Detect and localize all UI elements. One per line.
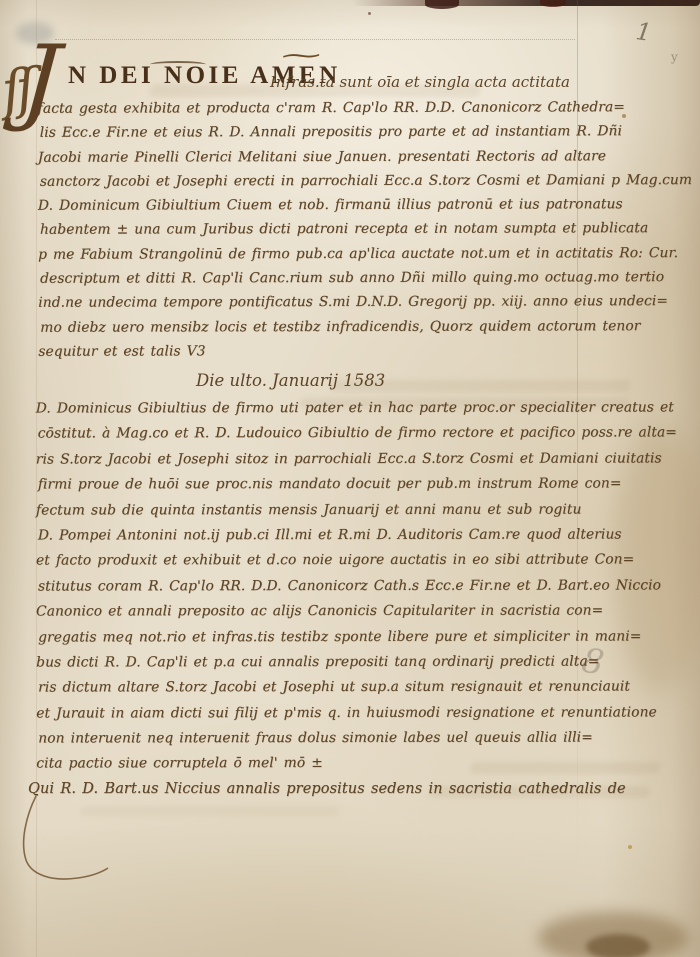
paragraph-2: D. Dominicus Gibiultius de firmo uti pat… <box>36 400 599 782</box>
manuscript-line: stitutus coram R. Cap'lo RR. D.D. Canoni… <box>38 577 598 603</box>
pen-flourish <box>22 794 142 889</box>
ink-fleck <box>368 12 371 15</box>
manuscript-line: et facto produxit et exhibuit et d.co no… <box>36 552 598 578</box>
manuscript-line: fectum sub die quinta instantis mensis J… <box>36 501 598 527</box>
manuscript-line: ris dictum altare S.torz Jacobi et Josep… <box>38 679 598 705</box>
manuscript-line: sequitur et est talis V3 <box>38 342 598 368</box>
ink-fleck <box>628 845 632 849</box>
manuscript-line: habentem ± una cum Juribus dicti patroni… <box>40 221 598 247</box>
date-line: Die ulto. Januarij 1583 <box>196 371 385 390</box>
manuscript-line: sanctorz Jacobi et Josephi erecti in par… <box>40 172 598 198</box>
manuscript-line: Canonico et annali preposito ac alijs Ca… <box>36 603 598 629</box>
manuscript-line: mo diebz uero mensibz locis et testibz i… <box>40 318 598 344</box>
manuscript-line: non interuenit neq interuenit fraus dolu… <box>38 730 598 756</box>
manuscript-page: 1 y 8 ſſ J N DEI NOIE AMEN ~ Infras.ta s… <box>0 0 700 957</box>
bottom-right-stain-core <box>586 934 650 957</box>
manuscript-line: lis Ecc.e Fir.ne et eius R. D. Annali pr… <box>40 124 598 150</box>
top-edge-stain <box>425 0 459 9</box>
manuscript-line: firmi proue de huōi sue proc.nis mandato… <box>38 476 598 502</box>
manuscript-line: D. Dominicus Gibiultius de firmo uti pat… <box>36 400 598 426</box>
manuscript-line: cita pactio siue corruptela ō mel' mō ± <box>36 755 598 781</box>
top-edge-shadow <box>352 0 700 6</box>
manuscript-line: D. Pompei Antonini not.ij pub.ci Ill.mi … <box>38 526 598 552</box>
manuscript-line: facta gesta exhibita et producta c'ram R… <box>38 99 598 125</box>
manuscript-line: ind.ne undecima tempore pontificatus S.m… <box>38 294 598 320</box>
top-edge-stain <box>540 0 566 7</box>
manuscript-line: p me Fabium Strangolinū de firmo pub.ca … <box>38 245 598 271</box>
manuscript-line: bus dicti R. D. Cap'li et p.a cui annali… <box>36 653 598 679</box>
folio-number: 1 <box>634 17 653 47</box>
abbreviation-tilde-icon: ~ <box>277 44 325 69</box>
abbreviation-macron <box>150 61 206 68</box>
manuscript-line: descriptum et ditti R. Cap'li Canc.rium … <box>40 269 598 295</box>
paragraph-1: facta gesta exhibita et producta c'ram R… <box>38 99 599 368</box>
heading-continuation: Infras.ta sunt oīa et singla acta actita… <box>270 73 570 91</box>
manuscript-line: cōstitut. à Mag.co et R. D. Ludouico Gib… <box>38 425 598 451</box>
pencil-mark: y <box>671 50 678 64</box>
manuscript-line: ris S.torz Jacobi et Josephi sitoz in pa… <box>36 450 598 476</box>
manuscript-line: et Jurauit in aiam dicti sui filij et p'… <box>36 704 598 730</box>
manuscript-line: gregatis meq not.rio et infras.tis testi… <box>38 628 598 654</box>
manuscript-line: D. Dominicum Gibiultium Ciuem et nob. fi… <box>38 196 598 222</box>
manuscript-line: Jacobi marie Pinelli Clerici Melitani si… <box>38 148 598 174</box>
ruled-guide-line <box>55 39 575 40</box>
